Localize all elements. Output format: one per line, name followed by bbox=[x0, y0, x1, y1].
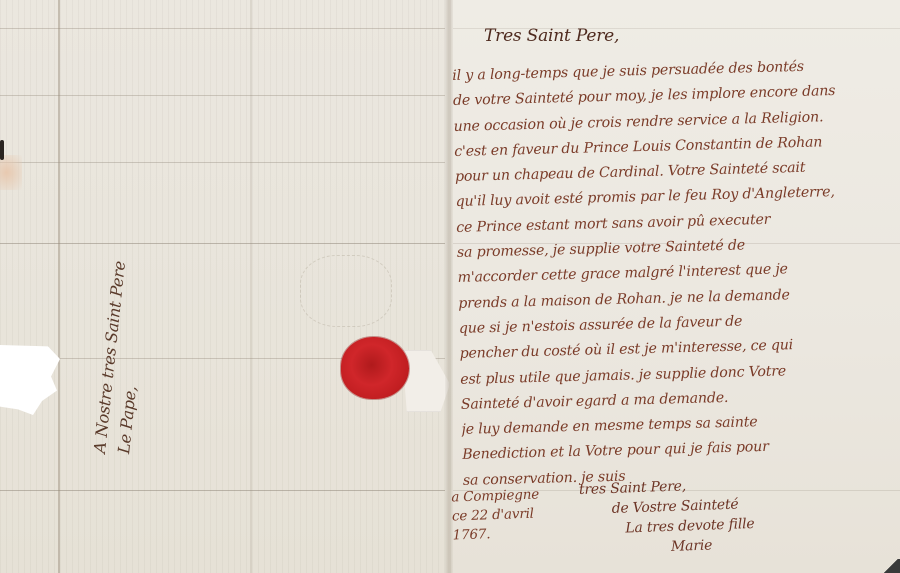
closing: tres Saint Pere, de Vostre Sainteté La t… bbox=[579, 474, 756, 560]
date: ce 22 d'avril bbox=[452, 504, 540, 526]
place-date: a Compiegne ce 22 d'avril 1767. bbox=[451, 485, 541, 545]
fold-line bbox=[0, 95, 445, 96]
letter-sheet: A Nostre tres Saint Pere Le Pape, Tres S… bbox=[0, 0, 900, 573]
embossed-mark bbox=[300, 255, 392, 327]
fold-line bbox=[58, 0, 60, 573]
fold-line bbox=[0, 162, 445, 163]
fold-line bbox=[0, 243, 445, 244]
stain bbox=[0, 155, 22, 190]
year: 1767. bbox=[452, 523, 540, 545]
salutation: Tres Saint Pere, bbox=[484, 26, 619, 46]
corner-shadow bbox=[882, 559, 900, 573]
fold-line bbox=[0, 490, 445, 491]
wax-seal bbox=[341, 337, 409, 399]
address-panel: A Nostre tres Saint Pere Le Pape, bbox=[88, 260, 156, 457]
fold-line bbox=[250, 0, 252, 573]
fold-line bbox=[0, 28, 445, 29]
paper-tear bbox=[0, 345, 60, 415]
letter-body: il y a long-temps que je suis persuadée … bbox=[452, 52, 900, 493]
edge-damage bbox=[0, 140, 4, 160]
seal-paper-tab bbox=[402, 350, 450, 412]
